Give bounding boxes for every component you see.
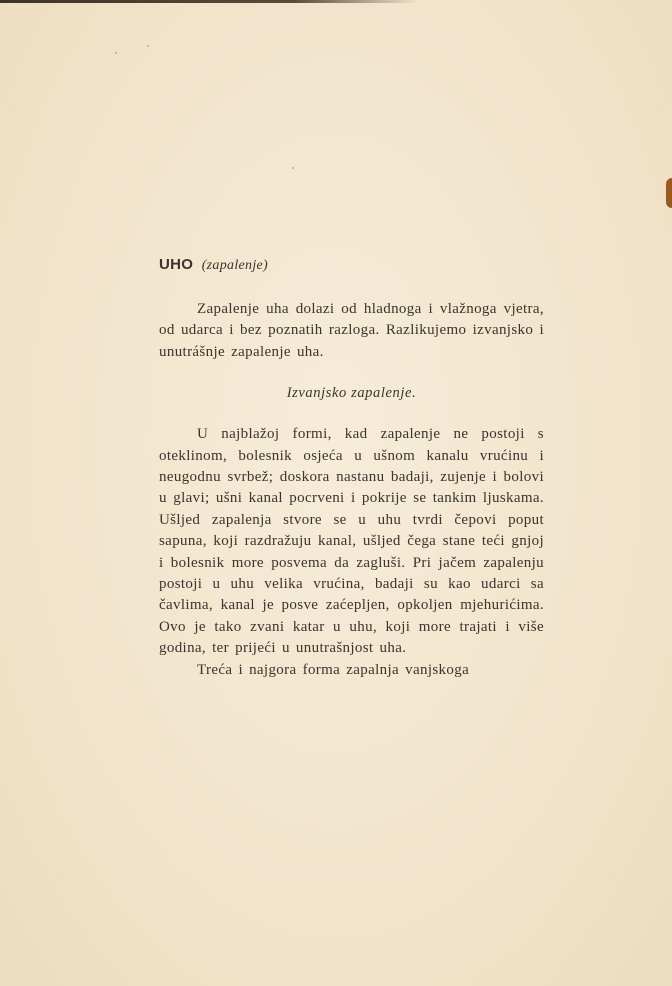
intro-paragraph: Zapalenje uha dolazi od hladnoga i vlažn… — [159, 299, 544, 363]
section-title: Izvanjsko zapalenje. — [159, 385, 544, 402]
page-top-edge-shadow — [0, 0, 420, 3]
section-paragraph: Treća i najgora forma zapalnja vanjskoga — [159, 660, 544, 681]
paper-speck — [147, 45, 149, 47]
entry-heading: UHO (zapalenje) — [159, 256, 544, 274]
section-paragraph: U najblažoj formi, kad zapalenje ne post… — [159, 424, 544, 659]
paper-speck — [115, 52, 117, 54]
scanned-page: UHO (zapalenje) Zapalenje uha dolazi od … — [0, 0, 672, 986]
entry-title: UHO — [159, 256, 193, 273]
page-content: UHO (zapalenje) Zapalenje uha dolazi od … — [159, 256, 544, 681]
binding-mark — [666, 178, 672, 208]
entry-subtitle: (zapalenje) — [202, 258, 268, 273]
paper-speck — [292, 167, 294, 169]
